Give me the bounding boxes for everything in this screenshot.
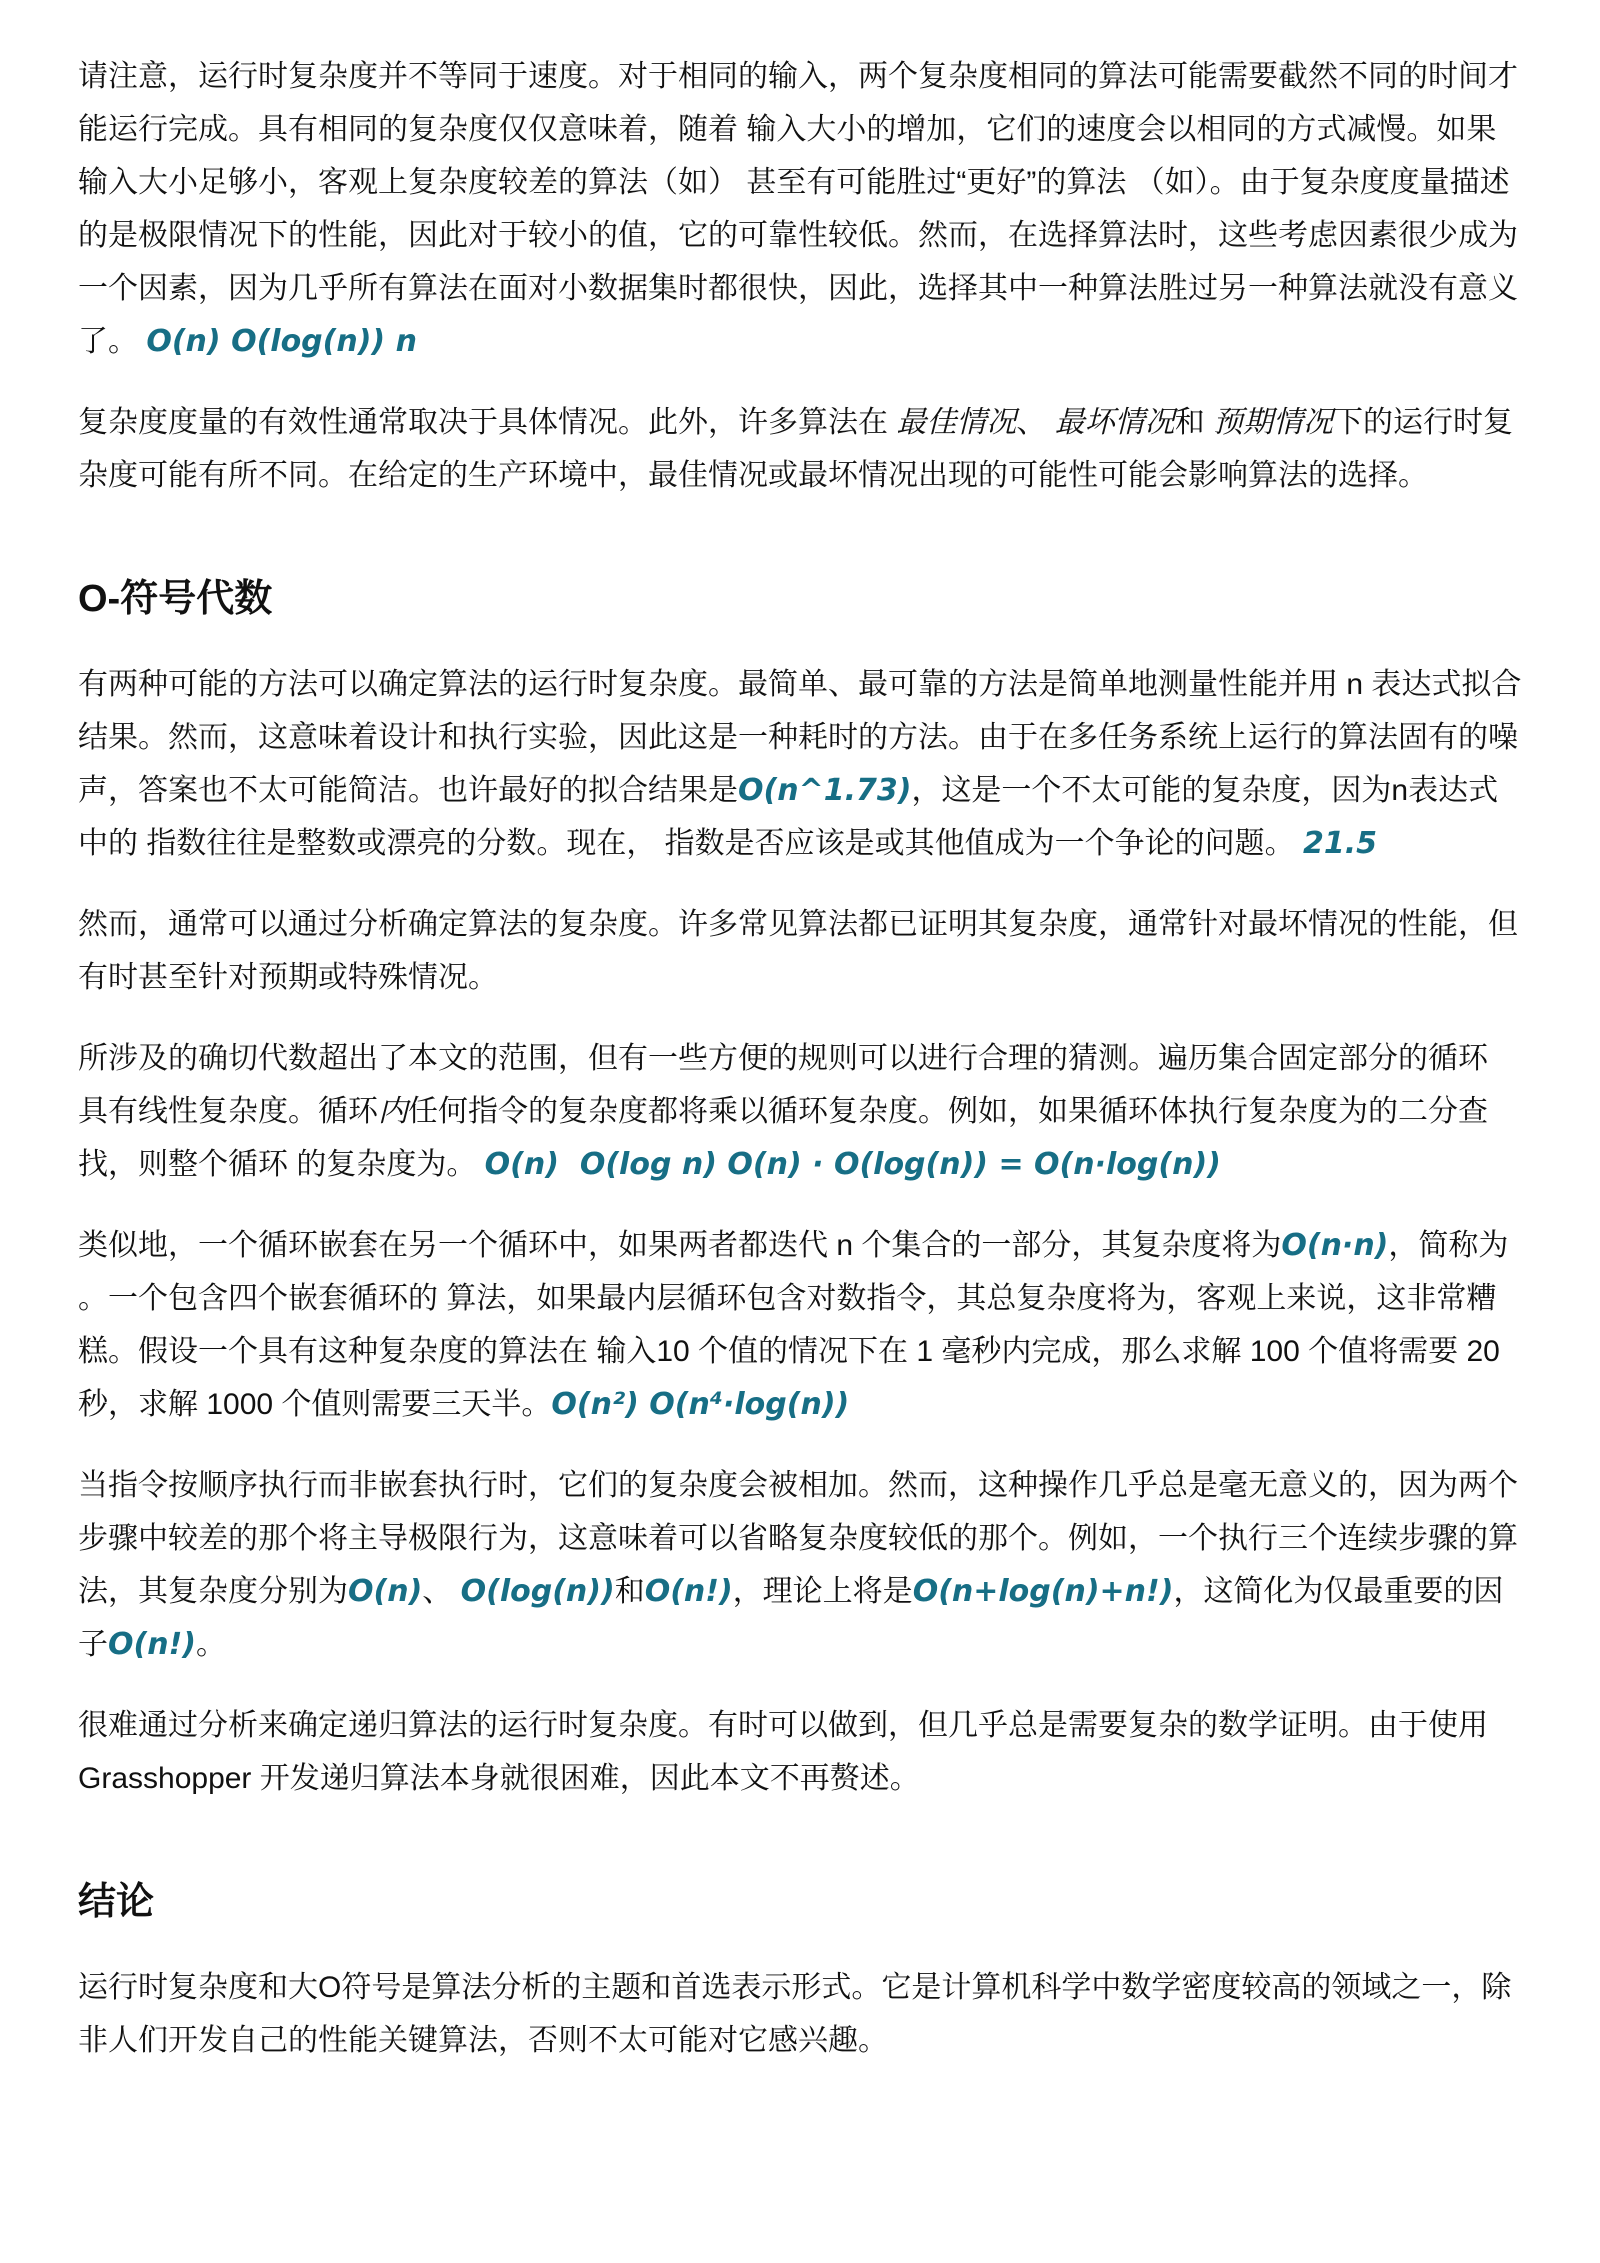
paragraph-case-dependence: 复杂度度量的有效性通常取决于具体情况。此外，许多算法在 最佳情况、 最坏情况和 … — [78, 396, 1522, 502]
math-expression: O(n) — [348, 1574, 422, 1609]
paragraph-loop-rules: 所涉及的确切代数超出了本文的范围，但有一些方便的规则可以进行合理的猜测。遍历集合… — [78, 1032, 1522, 1191]
math-expression: O(n!) — [645, 1574, 733, 1609]
math-expression: O(log(n)) — [461, 1574, 615, 1609]
math-expression: O(n) O(log n) O(n) · O(log(n)) = O(n·log… — [485, 1147, 1221, 1182]
paragraph-conclusion: 运行时复杂度和大O符号是算法分析的主题和首选表示形式。它是计算机科学中数学密度较… — [78, 1961, 1522, 2067]
text-segment: ，理论上将是 — [733, 1575, 913, 1608]
text-segment: 和 — [1175, 406, 1213, 439]
text-segment: 和 — [615, 1575, 645, 1608]
math-expression: O(n) O(log(n)) n — [146, 324, 417, 359]
heading-o-notation-algebra: O-符号代数 — [78, 576, 1522, 622]
paragraph-determining-complexity: 有两种可能的方法可以确定算法的运行时复杂度。最简单、最可靠的方法是简单地测量性能… — [78, 658, 1522, 870]
paragraph-complexity-vs-speed: 请注意，运行时复杂度并不等同于速度。对于相同的输入，两个复杂度相同的算法可能需要… — [78, 50, 1522, 368]
text-segment: 复杂度度量的有效性通常取决于具体情况。此外，许多算法在 — [78, 406, 896, 439]
heading-conclusion: 结论 — [78, 1879, 1522, 1925]
math-expression: 21.5 — [1303, 826, 1377, 861]
paragraph-recursive-algorithms: 很难通过分析来确定递归算法的运行时复杂度。有时可以做到，但几乎总是需要复杂的数学… — [78, 1699, 1522, 1805]
math-expression: O(n^1.73) — [738, 773, 911, 808]
math-expression: O(n!) — [108, 1627, 196, 1662]
paragraph-nested-loops: 类似地，一个循环嵌套在另一个循环中，如果两者都迭代 n 个集合的一部分，其复杂度… — [78, 1219, 1522, 1431]
document-page: 请注意，运行时复杂度并不等同于速度。对于相同的输入，两个复杂度相同的算法可能需要… — [0, 0, 1600, 2263]
text-segment: 类似地，一个循环嵌套在另一个循环中，如果两者都迭代 n 个集合的一部分，其复杂度… — [78, 1229, 1281, 1262]
paragraph-analysis-proofs: 然而，通常可以通过分析确定算法的复杂度。许多常见算法都已证明其复杂度，通常针对最… — [78, 898, 1522, 1004]
italic-term-inside: 内 — [378, 1095, 408, 1128]
italic-term-worst-case: 最坏情况 — [1055, 406, 1175, 439]
text-segment: 、 — [422, 1575, 460, 1608]
text-segment: 请注意，运行时复杂度并不等同于速度。对于相同的输入，两个复杂度相同的算法可能需要… — [78, 60, 1518, 358]
text-segment: 运行时复杂度和大O符号是算法分析的主题和首选表示形式。它是计算机科学中数学密度较… — [78, 1971, 1511, 2057]
italic-term-expected-case: 预期情况 — [1213, 406, 1333, 439]
math-expression: O(n²) O(n⁴·log(n)) — [551, 1387, 849, 1422]
text-segment: 。 — [196, 1628, 226, 1661]
math-expression: O(n·n) — [1281, 1228, 1388, 1263]
paragraph-sequential-steps: 当指令按顺序执行而非嵌套执行时，它们的复杂度会被相加。然而，这种操作几乎总是毫无… — [78, 1459, 1522, 1671]
math-expression: O(n+log(n)+n!) — [913, 1574, 1174, 1609]
text-segment: 很难通过分析来确定递归算法的运行时复杂度。有时可以做到，但几乎总是需要复杂的数学… — [78, 1709, 1488, 1795]
italic-term-best-case: 最佳情况 — [896, 406, 1016, 439]
text-segment: 、 — [1016, 406, 1054, 439]
text-segment: 然而，通常可以通过分析确定算法的复杂度。许多常见算法都已证明其复杂度，通常针对最… — [78, 908, 1518, 994]
